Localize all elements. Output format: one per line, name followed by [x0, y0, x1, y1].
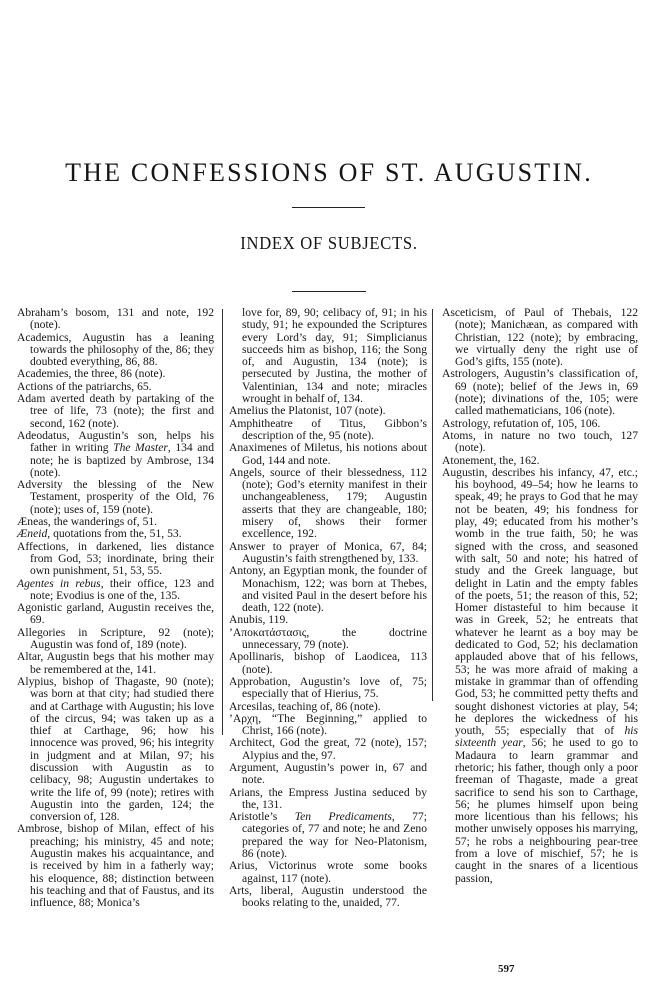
index-column-3: Asceticism, of Paul of Thebais, 122 (not… [442, 307, 638, 885]
index-entry: ’Αρχη, “The Beginning,” applied to Chris… [229, 713, 427, 738]
index-entry: Atoms, in nature no two touch, 127 (note… [442, 430, 638, 455]
index-entry: Anaximenes of Miletus, his notions about… [229, 442, 427, 467]
index-entry: Alypius, bishop of Thagaste, 90 (note); … [17, 676, 214, 824]
index-entry: Agentes in rebus, their office, 123 and … [17, 578, 214, 603]
index-entry: Aristotle’s Ten Predicaments, 77; catego… [229, 811, 427, 860]
index-entry-italic: Ten Predicaments [295, 810, 392, 823]
index-entry-italic: Æneid [17, 527, 47, 540]
index-entry-italic: Agentes in rebus [17, 577, 101, 590]
index-entry: Argument, Augustin’s power in, 67 and no… [229, 762, 427, 787]
index-entry: Astrologers, Augustin’s classification o… [442, 368, 638, 417]
index-entry-italic: The Master [113, 441, 168, 454]
book-title: THE CONFESSIONS OF ST. AUGUSTIN. [0, 158, 658, 188]
index-entry: Antony, an Egyptian monk, the founder of… [229, 565, 427, 614]
index-entry: Adam averted death by partaking of the t… [17, 393, 214, 430]
index-entry: Answer to prayer of Monica, 67, 84; Augu… [229, 541, 427, 566]
section-title: INDEX OF SUBJECTS. [26, 233, 631, 254]
index-entry: Amphitheatre of Titus, Gibbon’s descript… [229, 418, 427, 443]
page-number: 597 [498, 963, 515, 975]
index-entry: Ambrose, bishop of Milan, effect of his … [17, 823, 214, 909]
index-entry: Arius, Victorinus wrote some books again… [229, 860, 427, 885]
index-entry: love for, 89, 90; celibacy of, 91; in hi… [229, 307, 427, 405]
index-entry: Altar, Augustin begs that his mother may… [17, 651, 214, 676]
index-entry: Anubis, 119. [229, 614, 427, 626]
index-entry: Academies, the three, 86 (note). [17, 368, 214, 380]
index-entry: Allegories in Scripture, 92 (note); Augu… [17, 627, 214, 652]
index-entry: Architect, God the great, 72 (note), 157… [229, 737, 427, 762]
index-columns: Abraham’s bosom, 131 and note, 192 (note… [17, 307, 654, 947]
index-entry: Æneid, quotations from the, 51, 53. [17, 528, 214, 540]
index-entry: Angels, source of their blessedness, 112… [229, 467, 427, 541]
index-entry: Affections, in darkened, lies distance f… [17, 541, 214, 578]
index-entry: Adeodatus, Augustin’s son, helps his fat… [17, 430, 214, 479]
index-entry-italic: his sixteenth year [455, 724, 638, 749]
index-entry: Apollinaris, bishop of Laodicea, 113 (no… [229, 651, 427, 676]
index-entry: ’Αποκατάστασις, the doctrine unnecessary… [229, 627, 427, 652]
index-entry: Approbation, Augustin’s love of, 75; esp… [229, 676, 427, 701]
index-entry: Arts, liberal, Augustin understood the b… [229, 885, 427, 910]
index-entry: Adversity the blessing of the New Testam… [17, 479, 214, 516]
index-entry: Amelius the Platonist, 107 (note). [229, 405, 427, 417]
index-column-2: love for, 89, 90; celibacy of, 91; in hi… [229, 307, 427, 910]
index-entry: Agonistic garland, Augustin receives the… [17, 602, 214, 627]
index-entry: Abraham’s bosom, 131 and note, 192 (note… [17, 307, 214, 332]
index-entry: Arians, the Empress Justina seduced by t… [229, 787, 427, 812]
title-divider [292, 207, 365, 208]
index-column-1: Abraham’s bosom, 131 and note, 192 (note… [17, 307, 214, 910]
index-entry: Academics, Augustin has a leaning toward… [17, 332, 214, 369]
column-divider-1 [222, 309, 223, 735]
index-entry: Arcesilas, teaching of, 86 (note). [229, 701, 427, 713]
subtitle-divider [292, 291, 366, 292]
index-entry: Augustin, describes his infancy, 47, etc… [442, 467, 638, 885]
index-entry: Asceticism, of Paul of Thebais, 122 (not… [442, 307, 638, 368]
column-divider-2 [432, 309, 433, 701]
index-entry: Atonement, the, 162. [442, 455, 638, 467]
